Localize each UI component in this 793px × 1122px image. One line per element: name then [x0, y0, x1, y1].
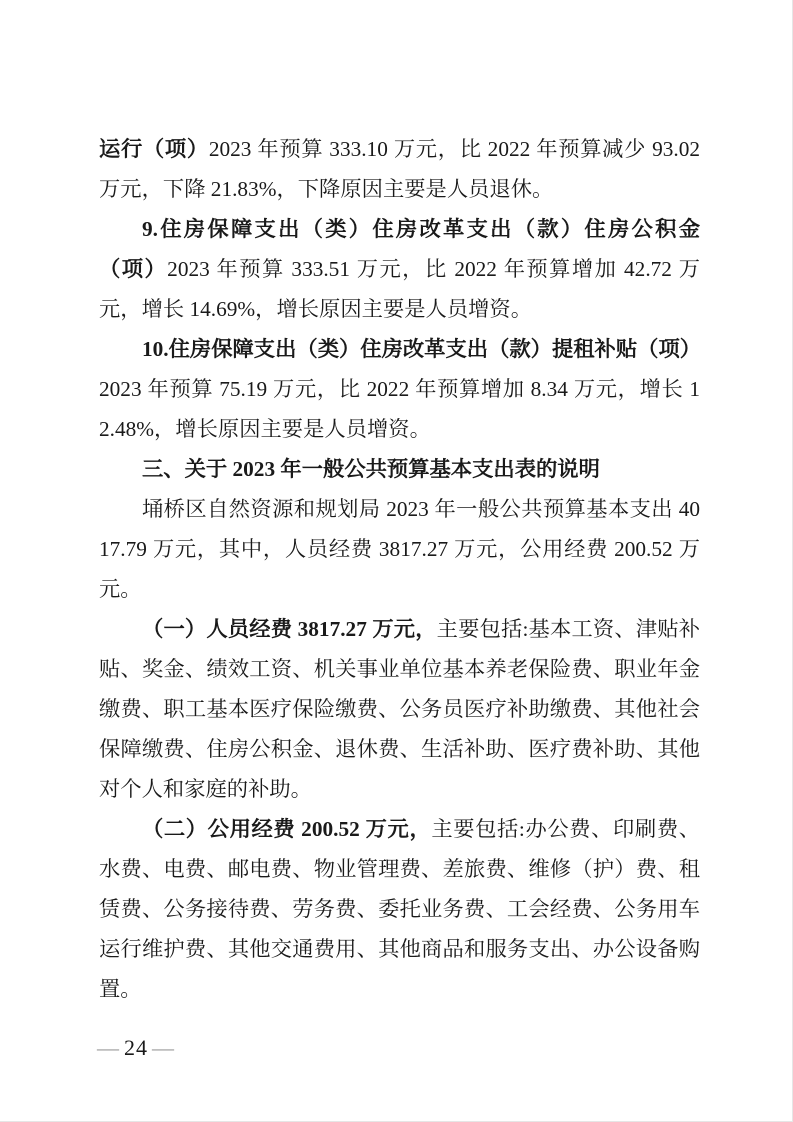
paragraph: 运行（项）2023 年预算 333.10 万元，比 2022 年预算减少 93.…	[99, 129, 700, 209]
text-segment: 主要包括:办公费、印刷费、水费、电费、邮电费、物业管理费、差旅费、维修（护）费、…	[99, 817, 700, 1001]
page-number: 24	[120, 1035, 152, 1060]
document-body: 运行（项）2023 年预算 333.10 万元，比 2022 年预算减少 93.…	[99, 129, 700, 1009]
text-segment: 埇桥区自然资源和规划局 2023 年一般公共预算基本支出 4017.79 万元，…	[99, 497, 700, 601]
paragraph: 三、关于 2023 年一般公共预算基本支出表的说明	[99, 449, 700, 489]
bold-text-segment: （一）人员经费 3817.27 万元，	[142, 617, 437, 641]
bold-text-segment: 10.住房保障支出（类）住房改革支出（款）提租补贴（项）	[142, 337, 701, 361]
paragraph: （二）公用经费 200.52 万元，主要包括:办公费、印刷费、水费、电费、邮电费…	[99, 809, 700, 1009]
text-segment: 2023 年预算 75.19 万元，比 2022 年预算增加 8.34 万元，增…	[99, 377, 700, 441]
footer-left-dash: —	[97, 1035, 120, 1060]
text-segment: 2023 年预算 333.51 万元，比 2022 年预算增加 42.72 万元…	[99, 257, 700, 321]
paragraph: 9.住房保障支出（类）住房改革支出（款）住房公积金（项）2023 年预算 333…	[99, 209, 700, 329]
bold-text-segment: 运行（项）	[99, 137, 209, 161]
text-segment: 主要包括:基本工资、津贴补贴、奖金、绩效工资、机关事业单位基本养老保险费、职业年…	[99, 617, 700, 801]
bold-text-segment: 三、关于 2023 年一般公共预算基本支出表的说明	[142, 457, 600, 481]
document-page: 运行（项）2023 年预算 333.10 万元，比 2022 年预算减少 93.…	[0, 0, 793, 1122]
page-footer: —24—	[97, 1033, 175, 1063]
paragraph: 埇桥区自然资源和规划局 2023 年一般公共预算基本支出 4017.79 万元，…	[99, 489, 700, 609]
bold-text-segment: （二）公用经费 200.52 万元，	[142, 817, 431, 841]
paragraph: 10.住房保障支出（类）住房改革支出（款）提租补贴（项）2023 年预算 75.…	[99, 329, 700, 449]
footer-right-dash: —	[152, 1035, 175, 1060]
paragraph: （一）人员经费 3817.27 万元，主要包括:基本工资、津贴补贴、奖金、绩效工…	[99, 609, 700, 809]
